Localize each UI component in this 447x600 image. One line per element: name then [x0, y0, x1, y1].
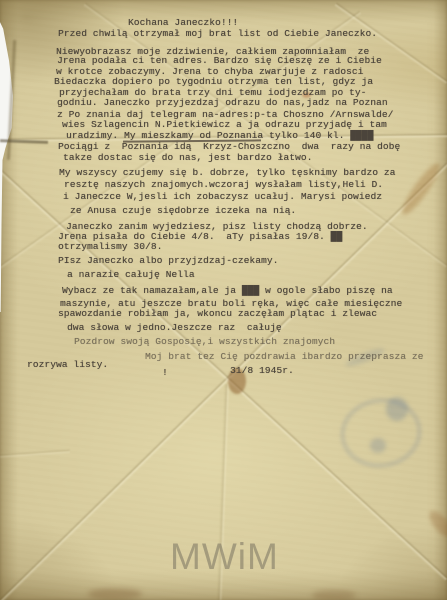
letter-line: Wybacz ze tak namazałam,ale ja ███ w ogo… — [62, 286, 393, 297]
letter-line: Pozdrow swoją Gosposię,i wszystkich znaj… — [74, 337, 335, 348]
ink-stamp-circle — [336, 393, 427, 474]
letter-line: i Janeczce W,jesli ich zobaczysz ucałuj.… — [63, 192, 382, 203]
letter-paper: Kochana Janeczko!!!Przed chwilą otrzymał… — [0, 0, 447, 600]
stain-bottom-center — [312, 590, 356, 600]
letter-line: My wszyscy czujemy się b. dobrze, tylko … — [59, 168, 395, 179]
letter-line: ! — [162, 368, 168, 379]
ink-stamp-mark — [386, 397, 408, 421]
stain-bottom-left — [88, 588, 142, 600]
ink-stamp-mark-small — [370, 438, 386, 453]
stain-right-lower — [425, 507, 447, 541]
letter-line: spawozdanie robiłam ja, wkoncu zaczęłam … — [58, 309, 377, 320]
letter-line: dwa słowa w jedno.Jeszcze raz całuję — [67, 323, 282, 334]
crease-left-small — [0, 447, 70, 459]
letter-line: Moj brat tez Cię pozdrawia ibardzo przep… — [145, 352, 423, 363]
letter-line: resztę naszych znajomych.wczoraj wysłała… — [64, 180, 383, 191]
letter-line: 31/8 1945r. — [230, 366, 294, 377]
scanned-letter: Kochana Janeczko!!!Przed chwilą otrzymał… — [0, 0, 447, 600]
watermark-text: MWiM — [170, 536, 279, 578]
letter-line: Przed chwilą otrzymał moj brat list od C… — [58, 29, 377, 40]
letter-line: PIsz Janeczko albo przyjzdzaj-czekamy. — [58, 256, 278, 267]
stain-right-streak — [397, 160, 444, 219]
letter-line: godniu. Janeczko przyjezdzaj odrazu do n… — [57, 98, 388, 109]
letter-line: otrzymalismy 30/8. — [58, 242, 162, 253]
letter-line: ze Anusa czuje siędobrze iczeka na nią. — [70, 206, 296, 217]
letter-line: takze dostac się do nas, jest bardzo łat… — [63, 153, 312, 164]
letter-line: rozrywa listy. — [27, 360, 108, 371]
letter-line: a narazie całuję Nella — [67, 270, 195, 281]
